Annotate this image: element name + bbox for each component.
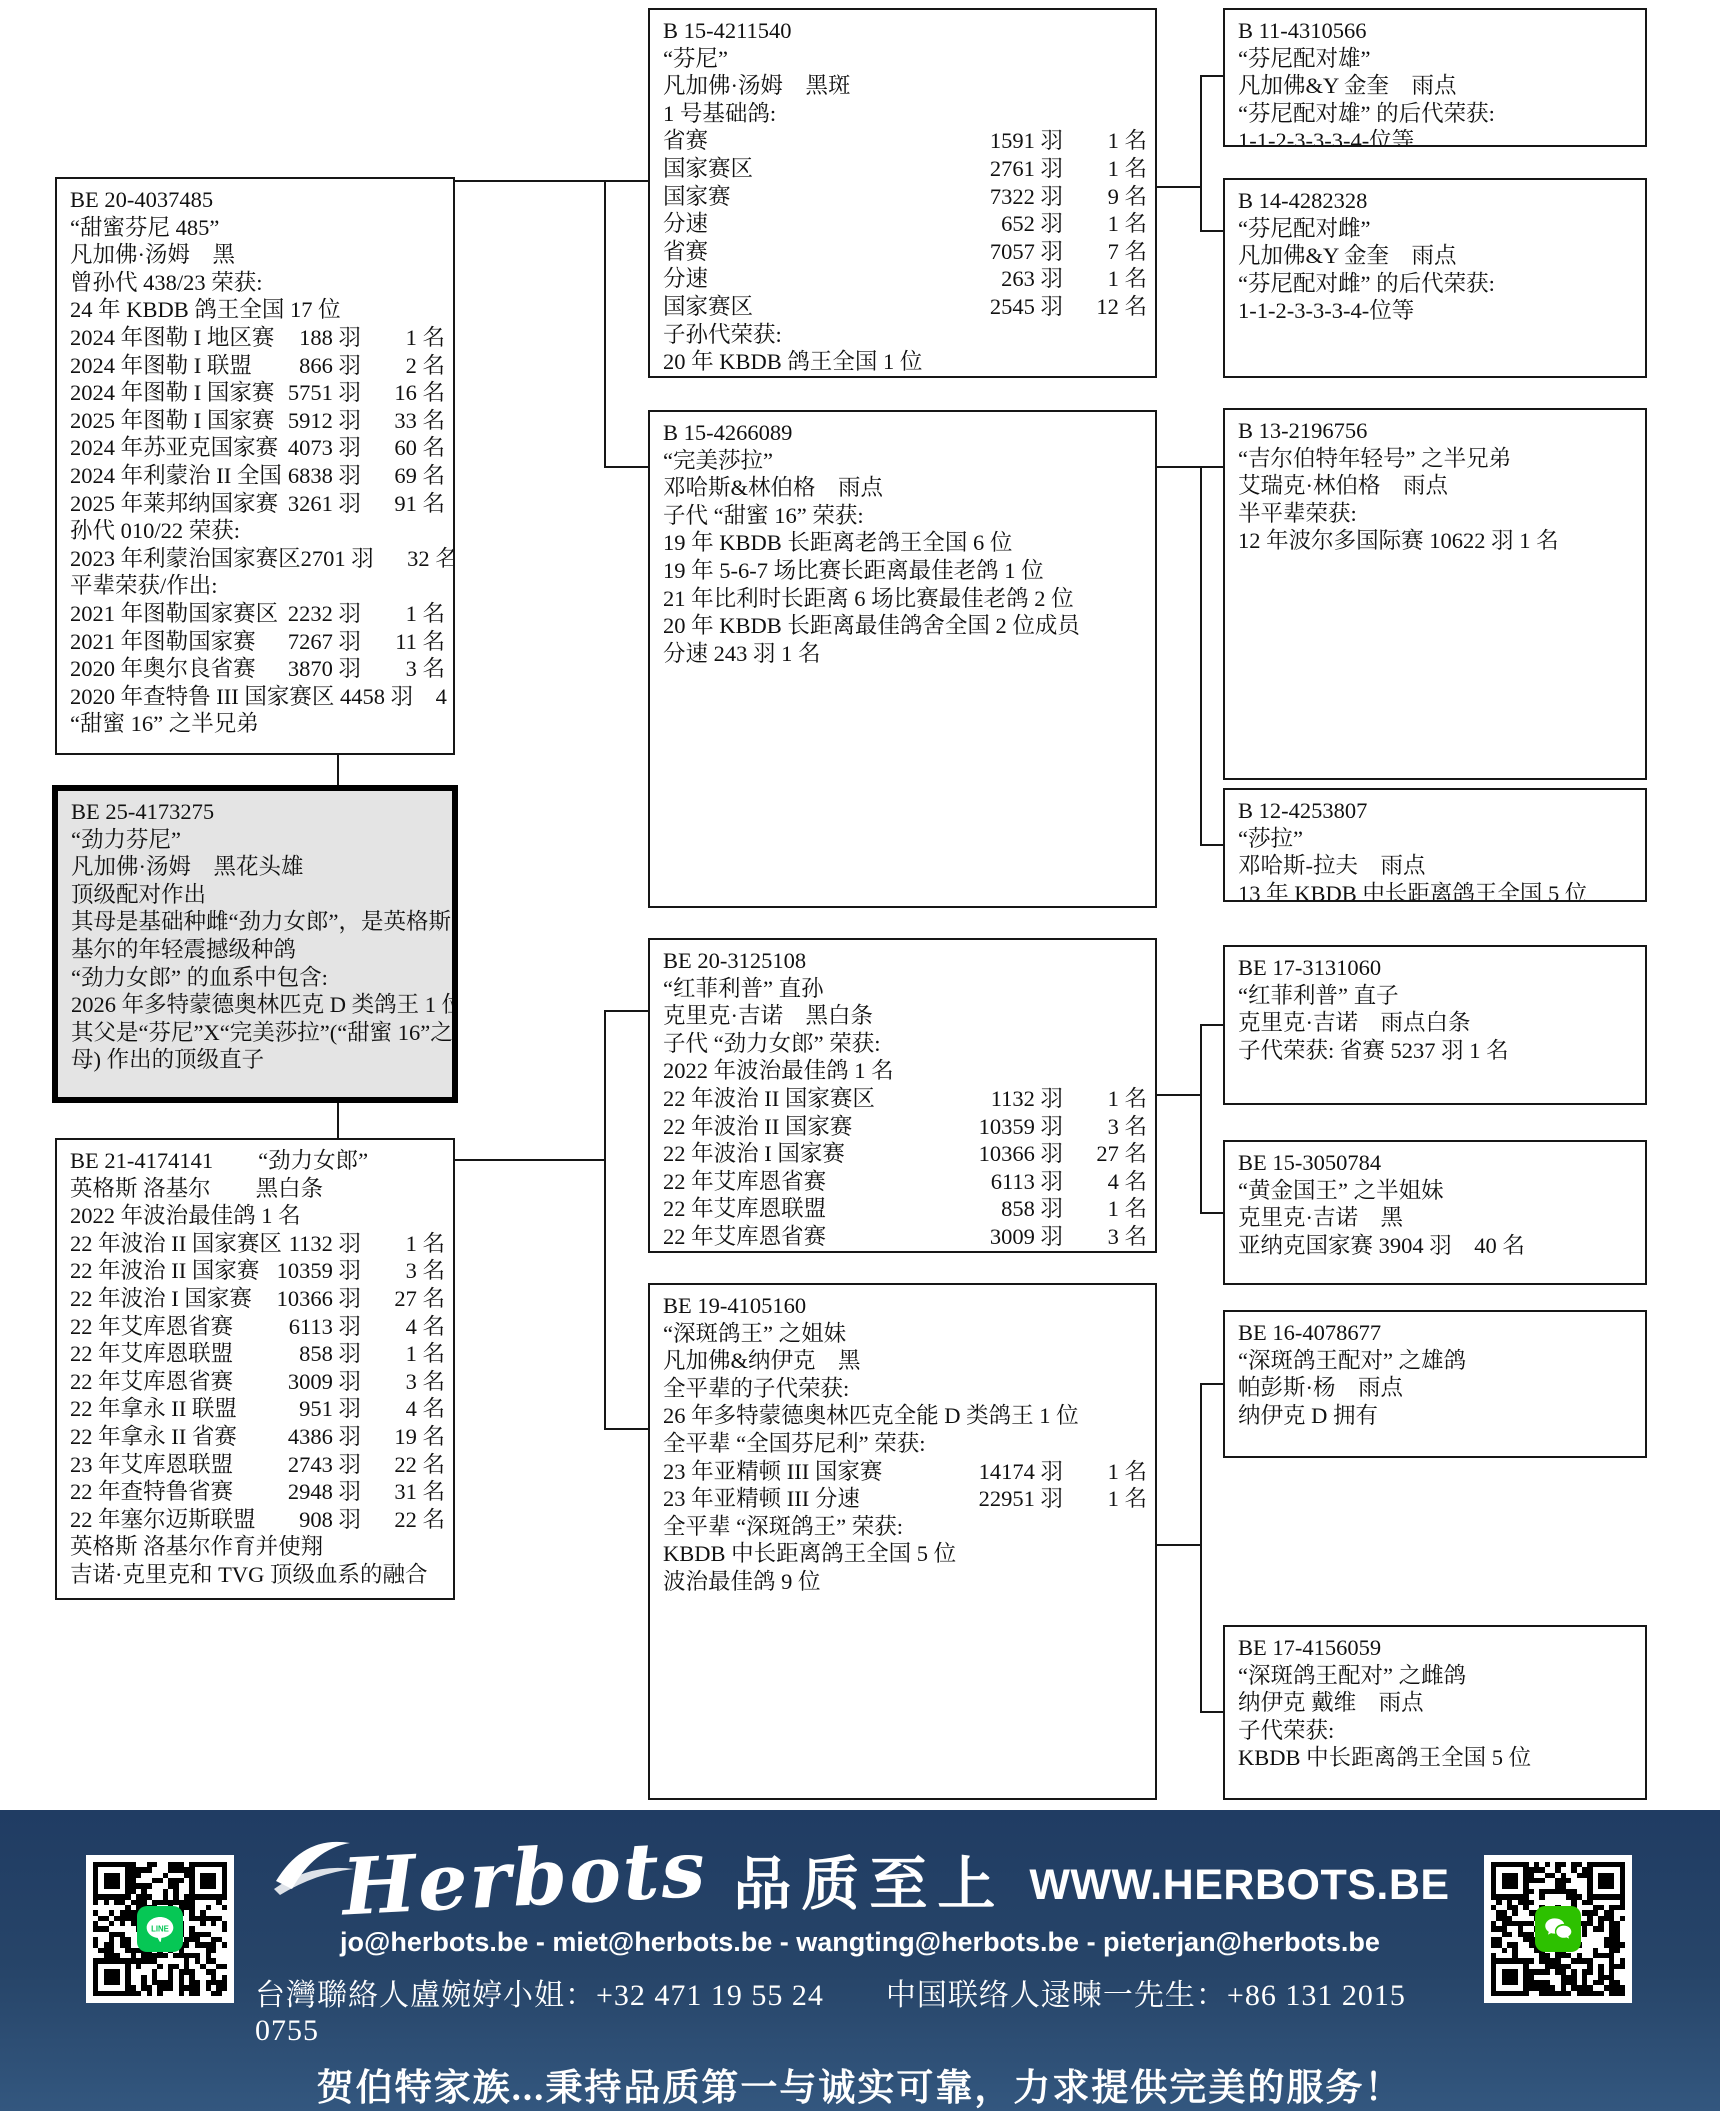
race-cnt: 7057 羽 xyxy=(708,238,1085,266)
race-result-row: 22 年艾库恩省赛3009 羽3 名 xyxy=(663,1223,1147,1251)
line-icon: LINE xyxy=(137,1906,183,1952)
pedigree-connector-line xyxy=(1157,466,1223,468)
pedigree-line: B 14-4282328 xyxy=(1238,187,1637,215)
race-result-row: 分速263 羽1 名 xyxy=(663,265,1147,293)
race-lbl: 22 年塞尔迈斯联盟 xyxy=(70,1506,256,1534)
race-plc: 1 名 xyxy=(1085,1085,1147,1113)
pedigree-line: 亚纳克国家赛 3904 羽 40 名 xyxy=(1238,1232,1637,1260)
race-result-row: 22 年拿永 II 联盟951 羽4 名 xyxy=(70,1395,445,1423)
race-cnt: 652 羽 xyxy=(708,210,1085,238)
race-lbl: 2025 年图勒 I 国家赛 xyxy=(70,407,274,435)
race-cnt: 1591 羽 xyxy=(708,127,1085,155)
race-cnt: 951 羽 xyxy=(237,1395,383,1423)
brand-logo: Herbots xyxy=(340,1824,709,1934)
pedigree-line: 2022 年波治最佳鸽 1 名 xyxy=(70,1202,445,1230)
pedigree-line: 半平辈荣获: xyxy=(1238,500,1637,528)
pedigree-connector-line xyxy=(1200,466,1202,846)
pedigree-line: BE 15-3050784 xyxy=(1238,1149,1637,1177)
pedigree-line: 帕彭斯·杨 雨点 xyxy=(1238,1374,1637,1402)
race-lbl: 2024 年图勒 I 联盟 xyxy=(70,352,252,380)
race-plc: 1 名 xyxy=(1085,155,1147,183)
pedigree-connector-line xyxy=(604,1428,648,1430)
pedigree-box-mm: BE 19-4105160“深斑鸽王” 之姐妹凡加佛&纳伊克 黑全平辈的子代荣获… xyxy=(648,1283,1157,1800)
pedigree-box-mmm: BE 17-4156059“深斑鸽王配对” 之雌鸽纳伊克 戴维 雨点子代荣获:K… xyxy=(1223,1625,1647,1800)
pedigree-line: 母) 作出的顶级直子 xyxy=(71,1046,444,1074)
race-cnt: 6113 羽 xyxy=(233,1313,383,1341)
race-cnt: 858 羽 xyxy=(233,1340,383,1368)
pedigree-line: 凡加佛·汤姆 黑 xyxy=(70,241,445,269)
pedigree-connector-line xyxy=(1200,75,1223,77)
race-lbl: 22 年查特鲁省赛 xyxy=(70,1478,233,1506)
pedigree-box-mother: BE 21-4174141 “劲力女郎”英格斯 洛基尔 黑白条2022 年波治最… xyxy=(55,1138,455,1600)
race-result-row: 22 年波治 II 国家赛10359 羽3 名 xyxy=(70,1257,445,1285)
pedigree-line: “芬尼配对雄” 的后代荣获: xyxy=(1238,100,1637,128)
pedigree-line: 凡加佛&Y 金奎 雨点 xyxy=(1238,242,1637,270)
race-plc: 31 名 xyxy=(383,1478,445,1506)
pedigree-line: 12 年波尔多国际赛 10622 羽 1 名 xyxy=(1238,527,1637,555)
pedigree-line: “劲力芬尼” xyxy=(71,826,444,854)
pedigree-box-mmf: BE 16-4078677“深斑鸽王配对” 之雄鸽帕彭斯·杨 雨点纳伊克 D 拥… xyxy=(1223,1310,1647,1458)
race-result-row: 2025 年图勒 I 国家赛5912 羽33 名 xyxy=(70,407,445,435)
pedigree-connector-line xyxy=(604,180,606,468)
pedigree-line: BE 19-4105160 xyxy=(663,1292,1147,1320)
race-result-row: 国家赛区2545 羽12 名 xyxy=(663,293,1147,321)
footer: LINE Herbots 品质至上 WWW.HERBOTS.BE jo@herb… xyxy=(0,1810,1720,2111)
race-cnt: 4073 羽 xyxy=(278,434,383,462)
race-plc: 3 名 xyxy=(383,1368,445,1396)
pedigree-connector-line xyxy=(1157,1544,1202,1546)
pedigree-line: 13 年 KBDB 中长距离鸽王全国 5 位 xyxy=(1238,880,1637,902)
pedigree-line: BE 20-4037485 xyxy=(70,186,445,214)
race-cnt: 5751 羽 xyxy=(274,379,383,407)
race-cnt: 2701 羽 xyxy=(301,545,396,573)
race-cnt: 866 羽 xyxy=(252,352,383,380)
pedigree-line: 邓哈斯-拉夫 雨点 xyxy=(1238,852,1637,880)
race-cnt: 6838 羽 xyxy=(282,462,383,490)
race-result-row: 22 年波治 II 国家赛区1132 羽1 名 xyxy=(663,1085,1147,1113)
pedigree-line: 子代荣获: 省赛 5237 羽 1 名 xyxy=(1238,1037,1637,1065)
pedigree-box-fmm: B 12-4253807“莎拉”邓哈斯-拉夫 雨点13 年 KBDB 中长距离鸽… xyxy=(1223,788,1647,902)
race-plc: 91 名 xyxy=(383,490,445,518)
race-cnt: 2545 羽 xyxy=(753,293,1085,321)
race-cnt: 10366 羽 xyxy=(845,1140,1085,1168)
pedigree-line: “劲力女郎” 的血系中包含: xyxy=(71,964,444,992)
race-plc: 22 名 xyxy=(383,1506,445,1534)
footer-slogan: 品质至上 xyxy=(733,1837,1005,1921)
pedigree-line: 凡加佛·汤姆 黑斑 xyxy=(663,72,1147,100)
race-plc: 22 名 xyxy=(383,1451,445,1479)
race-result-row: 国家赛区2761 羽1 名 xyxy=(663,155,1147,183)
pedigree-connector-line xyxy=(1200,844,1223,846)
pedigree-box-main: BE 25-4173275“劲力芬尼”凡加佛·汤姆 黑花头雄顶级配对作出其母是基… xyxy=(52,785,458,1103)
race-plc: 1 名 xyxy=(1085,1485,1147,1513)
pedigree-line: BE 20-3125108 xyxy=(663,947,1147,975)
pedigree-line: “深斑鸽王” 之姐妹 xyxy=(663,1320,1147,1348)
race-lbl: 省赛 xyxy=(663,238,708,266)
pedigree-line: 19 年 KBDB 长距离老鸽王全国 6 位 xyxy=(663,529,1147,557)
pedigree-connector-line xyxy=(604,466,648,468)
race-cnt: 858 羽 xyxy=(826,1195,1085,1223)
pedigree-connector-line xyxy=(1200,1212,1223,1214)
race-result-row: 分速652 羽1 名 xyxy=(663,210,1147,238)
race-plc: 4 名 xyxy=(383,1395,445,1423)
race-cnt: 5912 羽 xyxy=(274,407,383,435)
race-cnt: 10359 羽 xyxy=(852,1113,1085,1141)
wechat-qr-code xyxy=(1484,1855,1632,2003)
race-plc: 1 名 xyxy=(383,324,445,352)
race-plc: 4 名 xyxy=(1085,1168,1147,1196)
race-plc: 12 名 xyxy=(1085,293,1147,321)
race-lbl: 23 年亚精顿 III 国家赛 xyxy=(663,1458,882,1486)
pedigree-line: 1-1-2-3-3-3-4-位等 xyxy=(1238,297,1637,325)
pedigree-line: B 12-4253807 xyxy=(1238,797,1637,825)
pedigree-line: “甜蜜芬尼 485” xyxy=(70,214,445,242)
pedigree-connector-line xyxy=(337,755,339,785)
pedigree-line: 顶级配对作出 xyxy=(71,881,444,909)
race-result-row: 2024 年利蒙治 II 全国6838 羽69 名 xyxy=(70,462,445,490)
race-plc: 33 名 xyxy=(383,407,445,435)
race-lbl: 2024 年图勒 I 国家赛 xyxy=(70,379,274,407)
race-lbl: 22 年波治 I 国家赛 xyxy=(70,1285,252,1313)
wechat-icon xyxy=(1535,1906,1581,1952)
race-plc: 27 名 xyxy=(383,1285,445,1313)
pedigree-line: 基尔的年轻震撼级种鸽 xyxy=(71,936,444,964)
race-lbl: 23 年艾库恩联盟 xyxy=(70,1451,233,1479)
race-plc: 19 名 xyxy=(383,1423,445,1451)
race-plc: 1 名 xyxy=(1085,1195,1147,1223)
pedigree-line: 平辈荣获/作出: xyxy=(70,572,445,600)
race-result-row: 省赛7057 羽7 名 xyxy=(663,238,1147,266)
pedigree-line: 1-1-2-3-3-3-4-位等 xyxy=(1238,127,1637,147)
pedigree-line: 克里克·吉诺 黑 xyxy=(1238,1204,1637,1232)
race-result-row: 2025 年莱邦纳国家赛3261 羽91 名 xyxy=(70,490,445,518)
pedigree-line: “红菲利普” 直孙 xyxy=(663,975,1147,1003)
race-lbl: 22 年艾库恩省赛 xyxy=(70,1313,233,1341)
race-cnt: 3870 羽 xyxy=(256,655,383,683)
race-result-row: 22 年拿永 II 省赛4386 羽19 名 xyxy=(70,1423,445,1451)
pedigree-line: “芬尼” xyxy=(663,45,1147,73)
pedigree-line: 21 年比利时长距离 6 场比赛最佳老鸽 2 位 xyxy=(663,585,1147,613)
race-result-row: 22 年波治 I 国家赛10366 羽27 名 xyxy=(663,1140,1147,1168)
race-lbl: 国家赛 xyxy=(663,183,731,211)
race-result-row: 22 年艾库恩省赛3009 羽3 名 xyxy=(70,1368,445,1396)
footer-emails: jo@herbots.be - miet@herbots.be - wangti… xyxy=(340,1927,1380,1958)
pedigree-connector-line xyxy=(337,1103,339,1138)
pedigree-connector-line xyxy=(1200,1383,1223,1385)
race-lbl: 22 年艾库恩省赛 xyxy=(70,1368,233,1396)
pedigree-line: 其母是基础种雌“劲力女郎”，是英格斯 洛 xyxy=(71,908,444,936)
race-result-row: 22 年艾库恩联盟858 羽1 名 xyxy=(663,1195,1147,1223)
race-plc: 69 名 xyxy=(383,462,445,490)
pedigree-line: “莎拉” xyxy=(1238,825,1637,853)
race-lbl: 2024 年利蒙治 II 全国 xyxy=(70,462,282,490)
pedigree-line: B 15-4266089 xyxy=(663,419,1147,447)
footer-contacts: 台灣聯絡人盧婉婷小姐：+32 471 19 55 24 中国联络人逯暕一先生：+… xyxy=(255,1970,1465,2048)
pedigree-line: 子孙代荣获: xyxy=(663,321,1147,349)
pedigree-box-fm: B 15-4266089“完美莎拉”邓哈斯&林伯格 雨点子代 “甜蜜 16” 荣… xyxy=(648,410,1157,908)
race-cnt: 7322 羽 xyxy=(731,183,1085,211)
pedigree-line: “深斑鸽王配对” 之雌鸽 xyxy=(1238,1662,1637,1690)
race-lbl: 2020 年奥尔良省赛 xyxy=(70,655,256,683)
race-lbl: 省赛 xyxy=(663,127,708,155)
pedigree-line: 2020 年查特鲁 III 国家赛区 4458 羽 4 名 xyxy=(70,683,445,711)
race-plc: 32 名 xyxy=(396,545,455,573)
race-cnt: 14174 羽 xyxy=(882,1458,1085,1486)
pedigree-connector-line xyxy=(1157,1094,1202,1096)
race-result-row: 23 年亚精顿 III 分速22951 羽1 名 xyxy=(663,1485,1147,1513)
pedigree-line: 1 号基础鸽: xyxy=(663,100,1147,128)
race-cnt: 7267 羽 xyxy=(256,628,383,656)
race-plc: 27 名 xyxy=(1085,1140,1147,1168)
race-plc: 2 名 xyxy=(383,352,445,380)
race-cnt: 2948 羽 xyxy=(233,1478,383,1506)
pedigree-line: 凡加佛&Y 金奎 雨点 xyxy=(1238,72,1637,100)
race-result-row: 2024 年图勒 I 国家赛5751 羽16 名 xyxy=(70,379,445,407)
race-result-row: 23 年亚精顿 III 国家赛14174 羽1 名 xyxy=(663,1458,1147,1486)
pedigree-line: 克里克·吉诺 雨点白条 xyxy=(1238,1009,1637,1037)
pedigree-line: 纳伊克 D 拥有 xyxy=(1238,1402,1637,1430)
pedigree-line: 分速 243 羽 1 名 xyxy=(663,640,1147,668)
race-lbl: 22 年波治 II 国家赛 xyxy=(70,1257,259,1285)
race-cnt: 10359 羽 xyxy=(259,1257,383,1285)
pedigree-line: 2022 年波治最佳鸽 1 名 xyxy=(663,1057,1147,1085)
race-lbl: 2024 年图勒 I 地区赛 xyxy=(70,324,274,352)
race-lbl: 22 年拿永 II 联盟 xyxy=(70,1395,237,1423)
race-cnt: 1132 羽 xyxy=(282,1230,383,1258)
race-cnt: 263 羽 xyxy=(708,265,1085,293)
race-result-row: 2021 年图勒国家赛7267 羽11 名 xyxy=(70,628,445,656)
race-lbl: 22 年波治 II 国家赛区 xyxy=(70,1230,282,1258)
pedigree-line: BE 17-4156059 xyxy=(1238,1634,1637,1662)
pedigree-line: 子代荣获: xyxy=(1238,1717,1637,1745)
footer-website: WWW.HERBOTS.BE xyxy=(1029,1861,1449,1910)
race-cnt: 22951 羽 xyxy=(860,1485,1085,1513)
pedigree-connector-line xyxy=(604,1010,648,1012)
race-lbl: 2021 年图勒国家赛 xyxy=(70,628,256,656)
pedigree-line: 24 年 KBDB 鸽王全国 17 位 xyxy=(70,296,445,324)
race-cnt: 2232 羽 xyxy=(278,600,383,628)
pedigree-line: 子代 “劲力女郎” 荣获: xyxy=(663,1030,1147,1058)
race-cnt: 6113 羽 xyxy=(826,1168,1085,1196)
race-cnt: 4386 羽 xyxy=(237,1423,383,1451)
race-result-row: 23 年艾库恩联盟2743 羽22 名 xyxy=(70,1451,445,1479)
race-cnt: 188 羽 xyxy=(274,324,383,352)
pedigree-line: KBDB 中长距离鸽王全国 5 位 xyxy=(1238,1744,1637,1772)
race-result-row: 22 年波治 I 国家赛10366 羽27 名 xyxy=(70,1285,445,1313)
pedigree-box-mf: BE 20-3125108“红菲利普” 直孙克里克·吉诺 黑白条子代 “劲力女郎… xyxy=(648,938,1157,1253)
pedigree-line: BE 16-4078677 xyxy=(1238,1319,1637,1347)
pedigree-connector-line xyxy=(1200,230,1223,232)
pedigree-line: 20 年 KBDB 长距离最佳鸽舍全国 2 位成员 xyxy=(663,612,1147,640)
race-result-row: 22 年波治 II 国家赛区1132 羽1 名 xyxy=(70,1230,445,1258)
pedigree-line: KBDB 中长距离鸽王全国 5 位 xyxy=(663,1540,1147,1568)
pedigree-line: 凡加佛&纳伊克 黑 xyxy=(663,1347,1147,1375)
race-result-row: 2020 年奥尔良省赛3870 羽3 名 xyxy=(70,655,445,683)
pedigree-box-ff: B 15-4211540“芬尼”凡加佛·汤姆 黑斑1 号基础鸽:省赛1591 羽… xyxy=(648,8,1157,378)
race-result-row: 2021 年图勒国家赛区2232 羽1 名 xyxy=(70,600,445,628)
race-cnt: 1132 羽 xyxy=(875,1085,1085,1113)
pedigree-line: BE 25-4173275 xyxy=(71,798,444,826)
race-plc: 60 名 xyxy=(383,434,445,462)
race-lbl: 22 年艾库恩省赛 xyxy=(663,1168,826,1196)
pedigree-connector-line xyxy=(1200,1024,1223,1026)
pedigree-line: 波治最佳鸽 9 位 xyxy=(663,1568,1147,1596)
race-cnt: 10366 羽 xyxy=(252,1285,383,1313)
pedigree-line: BE 21-4174141 “劲力女郎” xyxy=(70,1147,445,1175)
pedigree-line: “黄金国王” 之半姐妹 xyxy=(1238,1177,1637,1205)
race-plc: 1 名 xyxy=(383,1230,445,1258)
pedigree-connector-line xyxy=(1200,1024,1202,1214)
pedigree-line: 孙代 010/22 荣获: xyxy=(70,517,445,545)
pedigree-line: “芬尼配对雌” 的后代荣获: xyxy=(1238,270,1637,298)
race-cnt: 2743 羽 xyxy=(233,1451,383,1479)
race-plc: 3 名 xyxy=(383,655,445,683)
pedigree-line: “红菲利普” 直子 xyxy=(1238,982,1637,1010)
race-lbl: 2024 年苏亚克国家赛 xyxy=(70,434,278,462)
pedigree-line: 子代 “甜蜜 16” 荣获: xyxy=(663,502,1147,530)
pedigree-line: B 13-2196756 xyxy=(1238,417,1637,445)
pedigree-connector-line xyxy=(1200,75,1202,232)
race-plc: 1 名 xyxy=(1085,1458,1147,1486)
race-result-row: 2024 年图勒 I 联盟866 羽2 名 xyxy=(70,352,445,380)
pedigree-line: 艾瑞克·林伯格 雨点 xyxy=(1238,472,1637,500)
race-result-row: 省赛1591 羽1 名 xyxy=(663,127,1147,155)
race-lbl: 23 年亚精顿 III 分速 xyxy=(663,1485,860,1513)
race-lbl: 分速 xyxy=(663,265,708,293)
race-lbl: 国家赛区 xyxy=(663,293,753,321)
pedigree-box-mff: BE 17-3131060“红菲利普” 直子克里克·吉诺 雨点白条子代荣获: 省… xyxy=(1223,945,1647,1105)
line-qr-code: LINE xyxy=(86,1855,234,2003)
race-plc: 9 名 xyxy=(1085,183,1147,211)
svg-text:LINE: LINE xyxy=(151,1925,169,1934)
race-lbl: 22 年艾库恩联盟 xyxy=(663,1195,826,1223)
brand-row: Herbots 品质至上 WWW.HERBOTS.BE xyxy=(270,1832,1449,1925)
race-lbl: 国家赛区 xyxy=(663,155,753,183)
race-cnt: 3261 羽 xyxy=(278,490,383,518)
race-plc: 1 名 xyxy=(1085,265,1147,293)
pedigree-line: B 15-4211540 xyxy=(663,17,1147,45)
pedigree-line: 2026 年多特蒙德奥林匹克 D 类鸽王 1 位 xyxy=(71,991,444,1019)
pedigree-line: B 11-4310566 xyxy=(1238,17,1637,45)
race-lbl: 分速 xyxy=(663,210,708,238)
pedigree-line: “吉尔伯特年轻号” 之半兄弟 xyxy=(1238,445,1637,473)
race-lbl: 22 年艾库恩省赛 xyxy=(663,1223,826,1251)
race-plc: 3 名 xyxy=(383,1257,445,1285)
race-lbl: 22 年拿永 II 省赛 xyxy=(70,1423,237,1451)
race-plc: 16 名 xyxy=(383,379,445,407)
race-lbl: 2021 年图勒国家赛区 xyxy=(70,600,278,628)
race-plc: 1 名 xyxy=(383,1340,445,1368)
race-result-row: 22 年塞尔迈斯联盟908 羽22 名 xyxy=(70,1506,445,1534)
footer-tagline: 贺伯特家族...秉持品质第一与诚实可靠，力求提供完美的服务！ xyxy=(317,2057,1404,2111)
race-lbl: 2025 年莱邦纳国家赛 xyxy=(70,490,278,518)
race-lbl: 22 年艾库恩联盟 xyxy=(70,1340,233,1368)
pedigree-connector-line xyxy=(455,180,648,182)
race-result-row: 22 年艾库恩省赛6113 羽4 名 xyxy=(663,1168,1147,1196)
race-plc: 11 名 xyxy=(383,628,445,656)
pedigree-line: 曾孙代 438/23 荣获: xyxy=(70,269,445,297)
pedigree-box-ffm: B 14-4282328“芬尼配对雌”凡加佛&Y 金奎 雨点“芬尼配对雌” 的后… xyxy=(1223,178,1647,378)
pedigree-box-mfm: BE 15-3050784“黄金国王” 之半姐妹克里克·吉诺 黑亚纳克国家赛 3… xyxy=(1223,1140,1647,1285)
pedigree-connector-line xyxy=(1200,1383,1202,1713)
pedigree-box-father: BE 20-4037485“甜蜜芬尼 485”凡加佛·汤姆 黑曾孙代 438/2… xyxy=(55,177,455,755)
pedigree-connector-line xyxy=(604,1010,606,1430)
pedigree-line: 吉诺·克里克和 TVG 顶级血系的融合 xyxy=(70,1561,445,1589)
race-plc: 7 名 xyxy=(1085,238,1147,266)
pedigree-connector-line xyxy=(455,1159,605,1161)
race-result-row: 2024 年图勒 I 地区赛188 羽1 名 xyxy=(70,324,445,352)
race-lbl: 22 年波治 I 国家赛 xyxy=(663,1140,845,1168)
pedigree-line: 全平辈 “深斑鸽王” 荣获: xyxy=(663,1513,1147,1541)
pedigree-box-fff: B 11-4310566“芬尼配对雄”凡加佛&Y 金奎 雨点“芬尼配对雄” 的后… xyxy=(1223,8,1647,147)
race-plc: 4 名 xyxy=(383,1313,445,1341)
pedigree-line: 邓哈斯&林伯格 雨点 xyxy=(663,474,1147,502)
pedigree-connector-line xyxy=(1200,1711,1223,1713)
wechat-bubbles-glyph xyxy=(1541,1912,1575,1946)
race-plc: 1 名 xyxy=(383,600,445,628)
race-result-row: 2024 年苏亚克国家赛4073 羽60 名 xyxy=(70,434,445,462)
race-cnt: 3009 羽 xyxy=(233,1368,383,1396)
race-plc: 1 名 xyxy=(1085,210,1147,238)
pedigree-line: 凡加佛·汤姆 黑花头雄 xyxy=(71,853,444,881)
race-lbl: 22 年波治 II 国家赛区 xyxy=(663,1085,875,1113)
pedigree-line: 克里克·吉诺 黑白条 xyxy=(663,1002,1147,1030)
pedigree-line: 其父是“芬尼”X“完美莎拉”(“甜蜜 16”之 xyxy=(71,1019,444,1047)
pedigree-line: “甜蜜 16” 之半兄弟 xyxy=(70,710,445,738)
pedigree-line: 纳伊克 戴维 雨点 xyxy=(1238,1689,1637,1717)
line-bubble-glyph: LINE xyxy=(143,1912,177,1946)
race-result-row: 22 年艾库恩省赛6113 羽4 名 xyxy=(70,1313,445,1341)
race-plc: 3 名 xyxy=(1085,1223,1147,1251)
footer-center: Herbots 品质至上 WWW.HERBOTS.BE jo@herbots.b… xyxy=(255,1810,1465,2111)
pedigree-line: 全平辈 “全国芬尼利” 荣获: xyxy=(663,1430,1147,1458)
pedigree-line: 20 年 KBDB 鸽王全国 1 位 xyxy=(663,348,1147,376)
race-result-row: 2023 年利蒙治国家赛区2701 羽32 名 xyxy=(70,545,445,573)
race-cnt: 2761 羽 xyxy=(753,155,1085,183)
race-plc: 3 名 xyxy=(1085,1113,1147,1141)
pedigree-line: BE 17-3131060 xyxy=(1238,954,1637,982)
pedigree-line: “完美莎拉” xyxy=(663,447,1147,475)
pedigree-box-fmf: B 13-2196756“吉尔伯特年轻号” 之半兄弟艾瑞克·林伯格 雨点半平辈荣… xyxy=(1223,408,1647,780)
pedigree-line: “芬尼配对雄” xyxy=(1238,45,1637,73)
pedigree-line: 26 年多特蒙德奥林匹克全能 D 类鸽王 1 位 xyxy=(663,1402,1147,1430)
race-lbl: 22 年波治 II 国家赛 xyxy=(663,1113,852,1141)
race-result-row: 22 年艾库恩联盟858 羽1 名 xyxy=(70,1340,445,1368)
race-result-row: 国家赛7322 羽9 名 xyxy=(663,183,1147,211)
pedigree-line: 全平辈的子代荣获: xyxy=(663,1375,1147,1403)
pedigree-line: 19 年 5-6-7 场比赛长距离最佳老鸽 1 位 xyxy=(663,557,1147,585)
race-plc: 1 名 xyxy=(1085,127,1147,155)
pedigree-line: “芬尼配对雌” xyxy=(1238,215,1637,243)
pedigree-line: 英格斯 洛基尔 黑白条 xyxy=(70,1175,445,1203)
race-cnt: 908 羽 xyxy=(256,1506,383,1534)
race-lbl: 2023 年利蒙治国家赛区 xyxy=(70,545,301,573)
race-result-row: 22 年波治 II 国家赛10359 羽3 名 xyxy=(663,1113,1147,1141)
pedigree-line: 英格斯 洛基尔作育并使翔 xyxy=(70,1533,445,1561)
pedigree-connector-line xyxy=(1157,186,1202,188)
pedigree-line: “深斑鸽王配对” 之雄鸽 xyxy=(1238,1347,1637,1375)
race-result-row: 22 年查特鲁省赛2948 羽31 名 xyxy=(70,1478,445,1506)
race-cnt: 3009 羽 xyxy=(826,1223,1085,1251)
pedigree-chart: BE 20-4037485“甜蜜芬尼 485”凡加佛·汤姆 黑曾孙代 438/2… xyxy=(0,0,1720,1810)
